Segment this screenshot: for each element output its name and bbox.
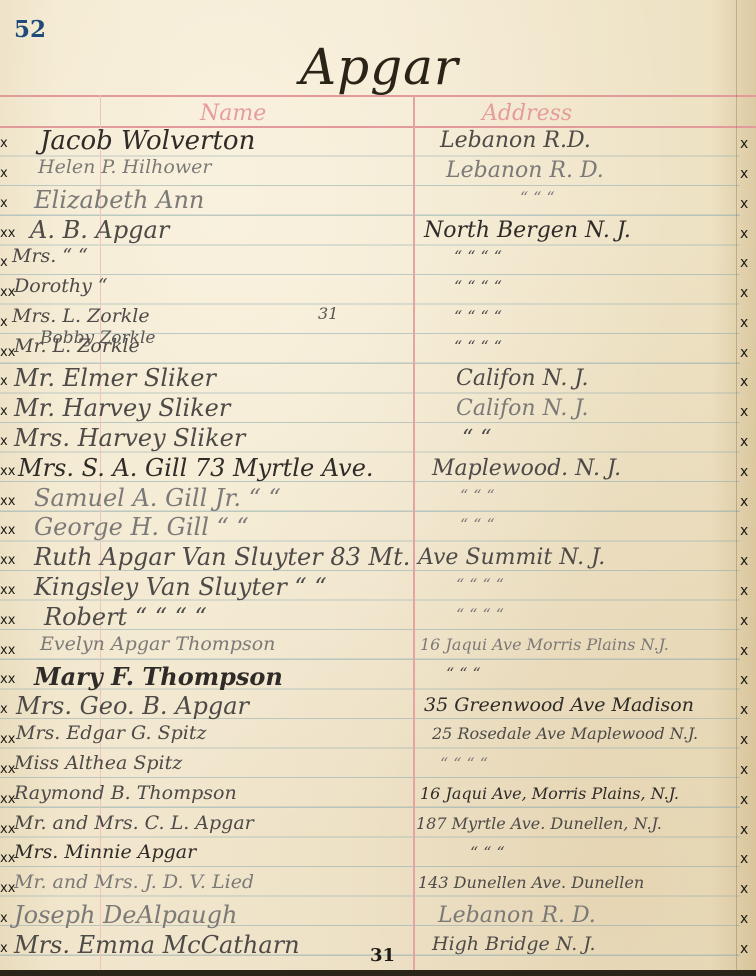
entry-address: 35 Greenwood Ave Madison xyxy=(424,694,724,716)
entry-name: Raymond B. Thompson xyxy=(14,782,399,804)
check-mark-left: x xyxy=(0,136,28,151)
entry-address: Lebanon R. D. xyxy=(446,158,746,183)
check-mark-right: x xyxy=(740,494,748,510)
entry-row: x Mrs. Emma McCatharn High Bridge N. J. … xyxy=(0,935,756,965)
check-mark-right: x xyxy=(740,345,748,361)
entry-address: “ “ xyxy=(462,426,756,451)
check-mark-right: x xyxy=(740,911,748,927)
entry-address: “ “ “ xyxy=(446,664,746,683)
entry-name: Mr. L. Zorkle xyxy=(14,335,399,357)
entry-name: Samuel A. Gill Jr. “ “ xyxy=(34,484,419,512)
check-mark-left: xx xyxy=(0,494,28,509)
entry-address: “ “ “ “ xyxy=(440,754,740,773)
check-mark-right: x xyxy=(740,643,748,659)
page-title-surname: Apgar xyxy=(300,38,459,96)
entry-address: Maplewood. N. J. xyxy=(432,456,732,481)
entry-name: Mrs. L. Zorkle xyxy=(12,305,397,327)
entry-name: Elizabeth Ann xyxy=(34,186,419,214)
entry-name: George H. Gill “ “ xyxy=(34,513,419,541)
entry-address: Lebanon R. D. xyxy=(438,903,738,928)
ledger-page: 52 Apgar Name Address 31 Bobby Zorkle 31… xyxy=(0,0,756,976)
entry-address: “ “ “ “ xyxy=(454,307,754,326)
entry-address: “ “ “ xyxy=(520,188,756,207)
check-mark-right: x xyxy=(740,941,748,957)
check-mark-left: xx xyxy=(0,226,28,241)
entry-address: 187 Myrtle Ave. Dunellen, N.J. xyxy=(416,814,716,833)
check-mark-left: xx xyxy=(0,523,28,538)
entry-name: Jacob Wolverton xyxy=(40,126,425,156)
entry-address: Califon N. J. xyxy=(456,396,756,421)
entry-name: Joseph DeAlpaugh xyxy=(14,901,399,929)
check-mark-left: xx xyxy=(0,553,28,568)
check-mark-right: x xyxy=(740,702,748,718)
page-number: 52 xyxy=(14,16,46,43)
check-mark-right: x xyxy=(740,822,748,838)
check-mark-right: x xyxy=(740,672,748,688)
entry-name: Mr. and Mrs. J. D. V. Lied xyxy=(14,871,399,893)
entry-address: “ “ “ “ xyxy=(454,277,754,296)
entry-address: “ “ “ xyxy=(470,843,756,862)
check-mark-right: x xyxy=(740,762,748,778)
entry-name: Evelyn Apgar Thompson xyxy=(40,633,425,655)
entry-name: Dorothy “ xyxy=(14,275,399,297)
check-mark-left: x xyxy=(0,166,28,181)
entry-address: Lebanon R.D. xyxy=(440,128,740,153)
entry-address: 143 Dunellen Ave. Dunellen xyxy=(418,873,718,892)
entry-address: High Bridge N. J. xyxy=(432,933,732,955)
entry-name: Mr. and Mrs. C. L. Apgar xyxy=(14,812,399,834)
entry-name: Mrs. Geo. B. Apgar xyxy=(16,692,401,720)
entry-address: 16 Jaqui Ave Morris Plains N.J. xyxy=(420,635,720,654)
check-mark-right: x xyxy=(740,523,748,539)
check-mark-right: x xyxy=(740,285,748,301)
entry-name: Mrs. Emma McCatharn xyxy=(14,931,399,959)
check-mark-right: x xyxy=(740,434,748,450)
entry-address: “ “ “ xyxy=(460,515,756,534)
column-header-address: Address xyxy=(482,101,572,126)
scan-bottom-edge xyxy=(0,970,756,976)
check-mark-right: x xyxy=(740,792,748,808)
entry-name: Mary F. Thompson xyxy=(34,662,419,691)
entry-address: “ “ “ “ xyxy=(454,247,754,266)
entry-address: Ave Summit N. J. xyxy=(418,545,718,570)
check-mark-right: x xyxy=(740,255,748,271)
column-header-name: Name xyxy=(200,101,266,126)
entry-name: Mrs. S. A. Gill 73 Myrtle Ave. xyxy=(18,454,403,482)
entry-address: “ “ “ “ xyxy=(454,337,754,356)
entry-name: Mrs. Harvey Sliker xyxy=(14,424,399,452)
entry-name: Kingsley Van Sluyter “ “ xyxy=(34,573,419,601)
entry-address: Califon N. J. xyxy=(456,366,756,391)
check-mark-right: x xyxy=(740,404,748,420)
entry-name: Ruth Apgar Van Sluyter 83 Mt. xyxy=(34,543,419,571)
check-mark-left: xx xyxy=(0,583,28,598)
entry-name: A. B. Apgar xyxy=(30,216,415,244)
check-mark-right: x xyxy=(740,732,748,748)
entry-address: 25 Rosedale Ave Maplewood N.J. xyxy=(432,724,732,743)
check-mark-right: x xyxy=(740,881,748,897)
check-mark-right: x xyxy=(740,851,748,867)
check-mark-right: x xyxy=(740,464,748,480)
entry-name: Robert “ “ “ “ xyxy=(44,603,429,631)
check-mark-left: xx xyxy=(0,613,28,628)
entry-address: 16 Jaqui Ave, Morris Plains, N.J. xyxy=(420,784,720,803)
check-mark-left: x xyxy=(0,196,28,211)
check-mark-right: x xyxy=(740,136,748,152)
check-mark-right: x xyxy=(740,226,748,242)
check-mark-left: xx xyxy=(0,643,28,658)
entry-name: Mrs. “ “ xyxy=(12,245,397,267)
check-mark-right: x xyxy=(740,583,748,599)
check-mark-right: x xyxy=(740,315,748,331)
check-mark-right: x xyxy=(740,374,748,390)
check-mark-right: x xyxy=(740,166,748,182)
check-mark-right: x xyxy=(740,613,748,629)
entry-address: “ “ “ “ xyxy=(456,605,756,624)
check-mark-right: x xyxy=(740,196,748,212)
entry-name: Mrs. Edgar G. Spitz xyxy=(16,722,401,744)
entry-name: Mrs. Minnie Apgar xyxy=(14,841,399,863)
entry-address: “ “ “ xyxy=(460,486,756,505)
entry-name: Miss Althea Spitz xyxy=(14,752,399,774)
entry-name: Mr. Harvey Sliker xyxy=(14,394,399,422)
entry-address: “ “ “ “ xyxy=(456,575,756,594)
check-mark-left: xx xyxy=(0,672,28,687)
check-mark-right: x xyxy=(740,553,748,569)
entry-address: North Bergen N. J. xyxy=(424,218,724,243)
entry-name: Mr. Elmer Sliker xyxy=(14,364,399,392)
entry-name: Helen P. Hilhower xyxy=(38,156,423,178)
